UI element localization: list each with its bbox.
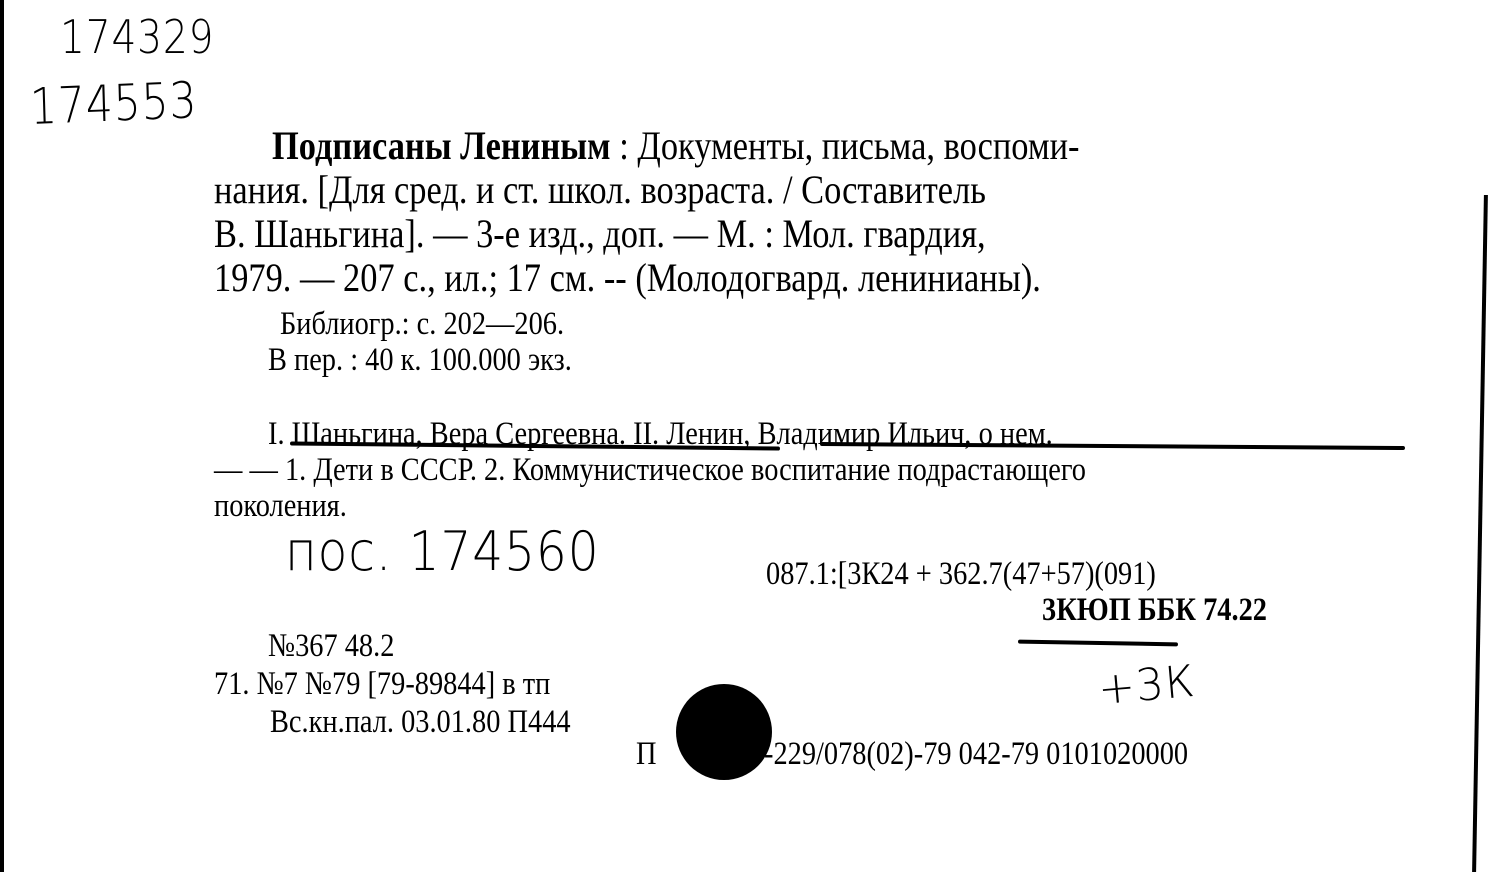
title-continuation: : Документы, письма, воспоми- — [611, 123, 1080, 168]
tracing-prefix-1: I. — [268, 416, 285, 452]
pen-stroke — [1018, 640, 1178, 647]
handwritten-inventory-number-1: 174329 — [60, 10, 214, 64]
production-line-4: -229/078(02)-79 042-79 0101020000 — [764, 732, 1188, 776]
handwritten-inventory-number-2: 174553 — [29, 71, 198, 136]
punch-hole — [676, 684, 772, 780]
handwritten-mark: +3К — [1096, 656, 1198, 715]
title-line: Подписаны Лениным : Документы, письма, в… — [272, 124, 1079, 168]
title-bold: Подписаны Лениным — [272, 123, 611, 168]
price-note: В пер. : 40 к. 100.000 экз. — [268, 338, 572, 382]
description-line: 1979. — 207 с., ил.; 17 см. -- (Молодогв… — [214, 256, 1041, 300]
production-line-3: Вс.кн.пал. 03.01.80 П444 — [270, 700, 571, 744]
card-right-edge — [1472, 195, 1488, 872]
bbk-classification: 3КЮП ББК 74.22 — [1042, 588, 1267, 632]
catalog-card: 174329 174553 Подписаны Лениным : Докуме… — [0, 0, 1488, 872]
card-left-edge — [0, 0, 4, 872]
description-line: нания. [Для сред. и ст. школ. возраста. … — [214, 168, 986, 212]
handwritten-accession: пос. 174560 — [285, 520, 600, 583]
description-line: В. Шаньгина]. — 3-е изд., доп. — М. : Мо… — [214, 212, 986, 256]
production-line-4-prefix: П — [636, 732, 657, 776]
